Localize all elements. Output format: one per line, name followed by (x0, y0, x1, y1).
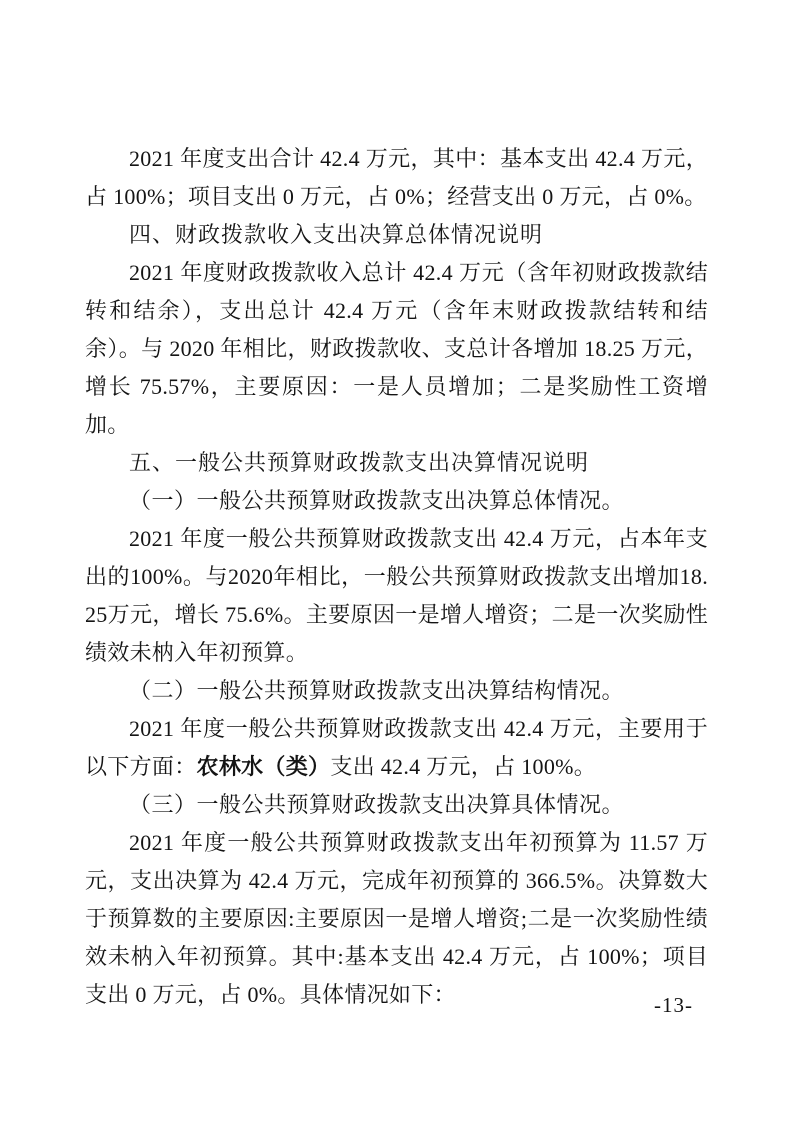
heading-subsection-2-structure: （二）一般公共预算财政拨款支出决算结构情况。 (85, 672, 708, 710)
paragraph-structure-situation: 2021 年度一般公共预算财政拨款支出 42.4 万元，主要用于以下方面：农林水… (85, 710, 708, 786)
heading-subsection-1-overall: （一）一般公共预算财政拨款支出决算总体情况。 (85, 482, 708, 520)
paragraph-overall-situation: 2021 年度一般公共预算财政拨款支出 42.4 万元，占本年支出的100%。与… (85, 520, 708, 672)
structure-category-bold-label: 农林水（类） (197, 754, 331, 779)
heading-section-4-fiscal-appropriation: 四、财政拨款收入支出决算总体情况说明 (85, 216, 708, 254)
paragraph-expenditure-summary: 2021 年度支出合计 42.4 万元，其中：基本支出 42.4 万元，占 10… (85, 140, 708, 216)
heading-subsection-3-specific: （三）一般公共预算财政拨款支出决算具体情况。 (85, 786, 708, 824)
heading-section-5-public-budget: 五、一般公共预算财政拨款支出决算情况说明 (85, 444, 708, 482)
paragraph-fiscal-appropriation-detail: 2021 年度财政拨款收入总计 42.4 万元（含年初财政拨款结转和结余），支出… (85, 254, 708, 444)
structure-text-tail: 支出 42.4 万元，占 100%。 (330, 754, 596, 779)
page-content: 2021 年度支出合计 42.4 万元，其中：基本支出 42.4 万元，占 10… (85, 140, 708, 1014)
document-page: 2021 年度支出合计 42.4 万元，其中：基本支出 42.4 万元，占 10… (0, 0, 793, 1122)
paragraph-specific-situation: 2021 年度一般公共预算财政拨款支出年初预算为 11.57 万元，支出决算为 … (85, 824, 708, 1014)
page-number: -13- (654, 993, 693, 1018)
